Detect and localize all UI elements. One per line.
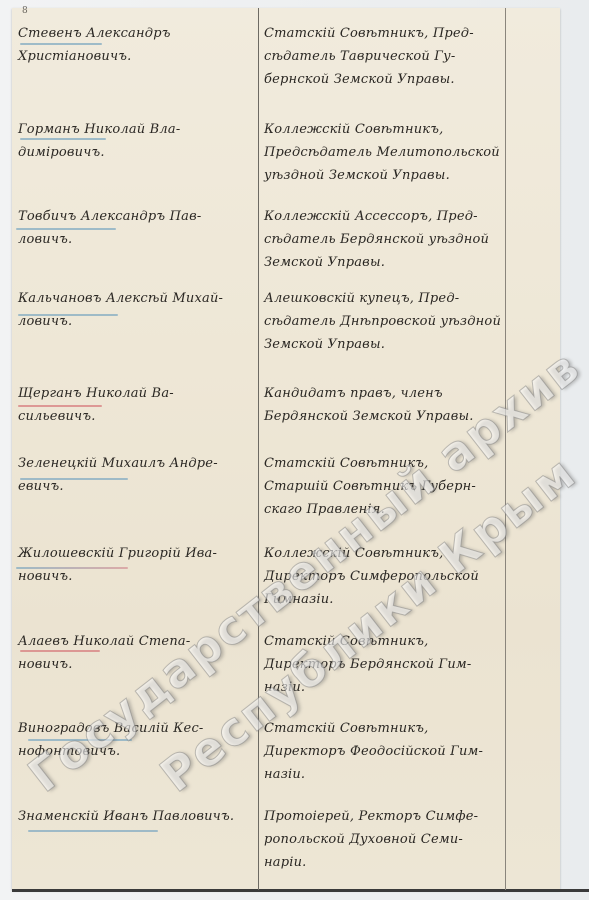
person-name: Горманъ Николай Вла- диміровичъ.	[18, 118, 256, 164]
surname-underline	[20, 650, 100, 652]
surname-underline	[18, 314, 118, 316]
surname-underline	[20, 43, 102, 45]
page-edge-shadow	[12, 889, 589, 892]
surname-underline	[20, 138, 106, 140]
surname-underline	[16, 567, 128, 569]
person-position: Протоіерей, Ректоръ Симфе- ропольской Ду…	[264, 805, 508, 874]
surname-underline	[28, 739, 132, 741]
surname-underline	[28, 830, 158, 832]
person-name: Кальчановъ Алексѣй Михай- ловичъ.	[18, 287, 256, 333]
surname-underline	[20, 478, 128, 480]
person-name: Знаменскій Иванъ Павловичъ.	[18, 805, 256, 828]
person-name: Алаевъ Николай Степа- новичъ.	[18, 630, 256, 676]
person-position: Коллежскій Совѣтникъ, Предсѣдатель Мелит…	[264, 118, 508, 187]
person-position: Коллежскій Ассессоръ, Пред- сѣдатель Бер…	[264, 205, 508, 274]
page-corner-mark: 8	[22, 6, 28, 16]
surname-underline	[16, 228, 116, 230]
person-position: Статскій Совѣтникъ, Старшій Совѣтникъ Гу…	[264, 452, 508, 521]
person-position: Кандидатъ правъ, членъ Бердянской Земско…	[264, 382, 508, 428]
surname-underline	[18, 405, 102, 407]
person-position: Коллежскій Совѣтникъ, Директоръ Симфероп…	[264, 542, 508, 611]
person-position: Статскій Совѣтникъ, Директоръ Бердянской…	[264, 630, 508, 699]
person-position: Алешковскій купецъ, Пред- сѣдатель Днѣпр…	[264, 287, 508, 356]
person-name: Стевенъ Александръ Христіановичъ.	[18, 22, 256, 68]
person-position: Статскій Совѣтникъ, Директоръ Феодосійск…	[264, 717, 508, 786]
person-name: Зеленецкій Михаилъ Андре- евичъ.	[18, 452, 256, 498]
person-position: Статскій Совѣтникъ, Пред- сѣдатель Таври…	[264, 22, 508, 91]
column-divider-rule	[258, 8, 259, 890]
person-name: Жилошевскій Григорій Ива- новичъ.	[18, 542, 256, 588]
